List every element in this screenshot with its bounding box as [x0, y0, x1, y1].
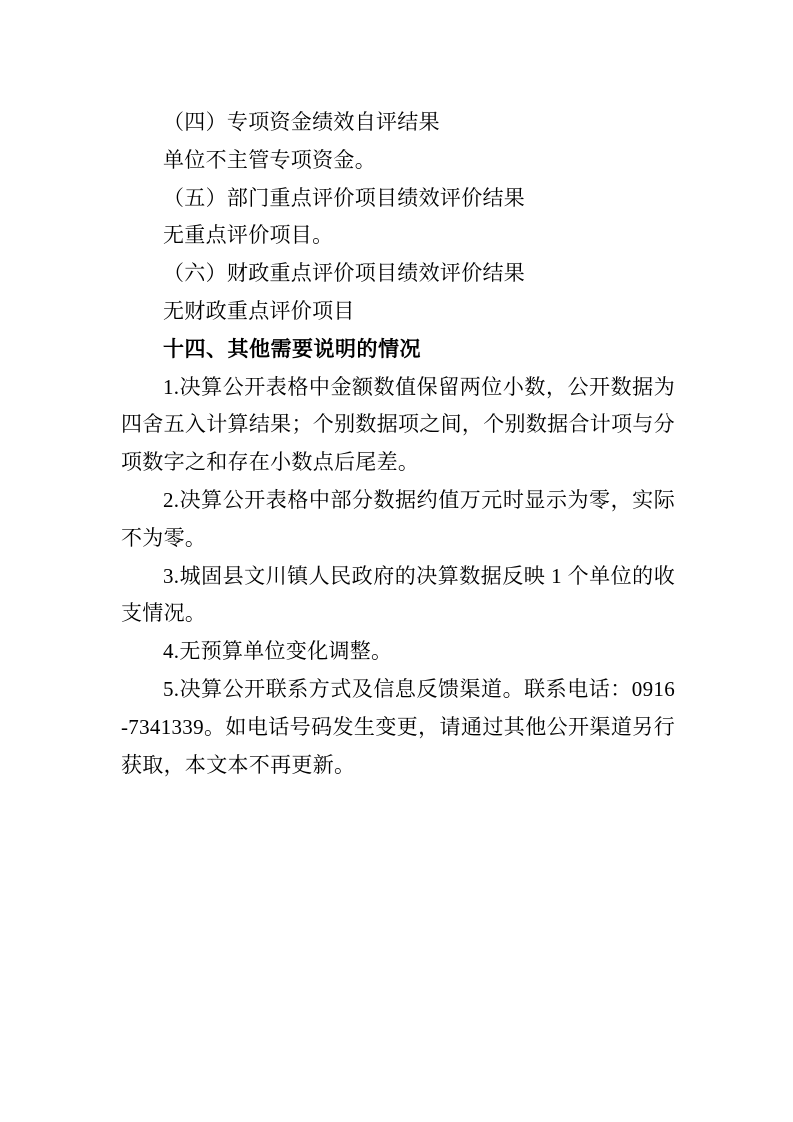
section-heading-other-notes: 十四、其他需要说明的情况	[121, 331, 675, 369]
paragraph-no-key-eval-projects: 无重点评价项目。	[121, 217, 675, 255]
paragraph-no-finance-key-eval: 无财政重点评价项目	[121, 293, 675, 331]
document-page: （四）专项资金绩效自评结果单位不主管专项资金。（五）部门重点评价项目绩效评价结果…	[0, 0, 793, 1122]
section-heading-special-funds-self-eval: （四）专项资金绩效自评结果	[121, 104, 675, 142]
paragraph-note-1: 1.决算公开表格中金额数值保留两位小数，公开数据为四舍五入计算结果；个别数据项之…	[121, 369, 675, 482]
paragraph-note-4: 4.无预算单位变化调整。	[121, 633, 675, 671]
section-heading-finance-key-eval: （六）财政重点评价项目绩效评价结果	[121, 255, 675, 293]
document-content: （四）专项资金绩效自评结果单位不主管专项资金。（五）部门重点评价项目绩效评价结果…	[121, 104, 675, 784]
paragraph-no-special-funds: 单位不主管专项资金。	[121, 142, 675, 180]
paragraph-note-3: 3.城固县文川镇人民政府的决算数据反映 1 个单位的收支情况。	[121, 558, 675, 634]
paragraph-note-5: 5.决算公开联系方式及信息反馈渠道。联系电话：0916-7341339。如电话号…	[121, 671, 675, 784]
paragraph-note-2: 2.决算公开表格中部分数据约值万元时显示为零，实际不为零。	[121, 482, 675, 558]
section-heading-dept-key-eval: （五）部门重点评价项目绩效评价结果	[121, 180, 675, 218]
